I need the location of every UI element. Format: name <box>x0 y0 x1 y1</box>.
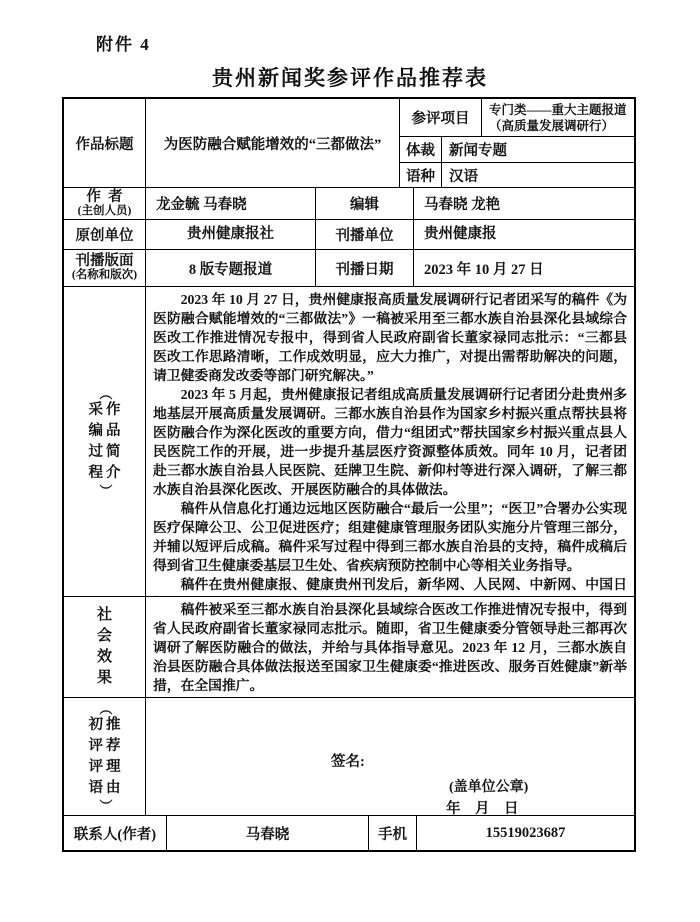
intro-section-label: （ 采作 编品 过简 程介 ） <box>64 287 146 596</box>
signature-area: 签名: (盖单位公章) 年 月 日 <box>146 698 634 815</box>
language-value: 汉语 <box>442 163 634 187</box>
genre-label: 体裁 <box>400 137 442 162</box>
phone-label: 手机 <box>369 816 417 850</box>
language-row: 语种 汉语 <box>400 163 634 187</box>
author-value: 龙金毓 马春晓 <box>146 188 316 219</box>
review-section-label: （ 初推 评荐 评理 语由 ） <box>64 698 146 815</box>
work-title-value: 为医防融合赋能增效的“三都做法” <box>146 99 400 187</box>
row-review: （ 初推 评荐 评理 语由 ） 签名: (盖单位公章) 年 月 日 <box>64 698 634 816</box>
author-sublabel: (主创人员) <box>78 205 132 218</box>
social-label-char: 果 <box>97 668 112 689</box>
review-label-row: 评理 <box>86 757 124 778</box>
social-effect-label: 社 会 效 果 <box>64 597 146 697</box>
intro-paren-open: （ <box>98 386 111 399</box>
row-origin-unit: 原创单位 贵州健康报社 刊播单位 贵州健康报 <box>64 220 634 250</box>
intro-content: 2023 年 10 月 27 日，贵州健康报高质量发展调研行记者团采写的稿件《为… <box>146 287 634 596</box>
intro-paragraph-1: 2023 年 10 月 27 日，贵州健康报高质量发展调研行记者团采写的稿件《为… <box>153 290 627 385</box>
social-effect-content: 稿件被采至三都水族自治县深化县域综合医改工作推进情况专报中，得到省人民政府副省长… <box>146 597 634 697</box>
review-label-row: 语由 <box>86 778 124 799</box>
origin-unit-label: 原创单位 <box>64 220 146 249</box>
work-title-label: 作品标题 <box>64 99 146 187</box>
intro-paragraph-3: 稿件从信息化打通边远地区医防融合“最后一公里”；“医卫”合署办公实现医疗保障公卫… <box>153 499 627 575</box>
review-label-row: 初推 <box>86 715 124 736</box>
publish-date-value: 2023 年 10 月 27 日 <box>414 250 634 286</box>
row-social-effect: 社 会 效 果 稿件被采至三都水族自治县深化县域综合医改工作推进情况专报中，得到… <box>64 597 634 698</box>
row-author: 作 者 (主创人员) 龙金毓 马春晓 编辑 马春晓 龙艳 <box>64 188 634 220</box>
document-page: 附件 4 贵州新闻奖参评作品推荐表 作品标题 为医防融合赋能增效的“三都做法” … <box>0 0 700 922</box>
recommendation-form-table: 作品标题 为医防融合赋能增效的“三都做法” 参评项目 专门类——重大主题报道 （… <box>62 97 636 852</box>
date-placeholder: 年 月 日 <box>446 797 519 815</box>
layout-sublabel: (名称和版次) <box>72 269 137 282</box>
row-layout: 刊播版面 (名称和版次) 8 版专题报道 刊播日期 2023 年 10 月 27… <box>64 250 634 287</box>
publish-date-label: 刊播日期 <box>316 250 414 286</box>
intro-paragraph-4: 稿件在贵州健康报、健康贵州刊发后，新华网、人民网、中新网、中国日报网等多家媒体转… <box>153 575 627 596</box>
social-label-char: 社 <box>97 605 112 626</box>
intro-label-row: 过简 <box>86 442 124 463</box>
intro-paren-close: ） <box>98 483 111 496</box>
social-label-char: 效 <box>97 647 112 668</box>
review-paren-close: ） <box>98 798 111 811</box>
attachment-label: 附件 4 <box>96 30 151 55</box>
entry-category-label: 参评项目 <box>400 99 482 136</box>
intro-label-row: 程介 <box>86 463 124 484</box>
layout-value: 8 版专题报道 <box>146 250 316 286</box>
category-block: 参评项目 专门类——重大主题报道 （高质量发展调研行） 体裁 新闻专题 语种 汉… <box>400 99 634 187</box>
entry-category-row: 参评项目 专门类——重大主题报道 （高质量发展调研行） <box>400 99 634 137</box>
review-paren-open: （ <box>98 701 111 714</box>
author-label: 作 者 <box>86 190 122 205</box>
social-effect-paragraph: 稿件被采至三都水族自治县深化县域综合医改工作推进情况专报中，得到省人民政府副省长… <box>153 600 627 695</box>
row-work-title: 作品标题 为医防融合赋能增效的“三都做法” 参评项目 专门类——重大主题报道 （… <box>64 99 634 188</box>
editor-value: 马春晓 龙艳 <box>414 188 634 219</box>
phone-value: 15519023687 <box>417 816 634 850</box>
doc-title: 贵州新闻奖参评作品推荐表 <box>0 62 700 92</box>
intro-label-row: 采作 <box>86 400 124 421</box>
contact-value: 马春晓 <box>167 816 369 850</box>
entry-category-value: 专门类——重大主题报道 （高质量发展调研行） <box>482 99 634 136</box>
publish-unit-label: 刊播单位 <box>316 220 414 249</box>
contact-label: 联系人(作者) <box>64 816 167 850</box>
seal-label: (盖单位公章) <box>449 776 528 796</box>
row-intro: （ 采作 编品 过简 程介 ） 2023 年 10 月 27 日，贵州健康报高质… <box>64 287 634 597</box>
signature-label: 签名: <box>331 750 365 771</box>
language-label: 语种 <box>400 163 442 187</box>
editor-label: 编辑 <box>316 188 414 219</box>
social-label-char: 会 <box>97 626 112 647</box>
layout-label-cell: 刊播版面 (名称和版次) <box>64 250 146 286</box>
review-label-row: 评荐 <box>86 736 124 757</box>
genre-value: 新闻专题 <box>442 137 634 162</box>
intro-paragraph-2: 2023 年 5 月起，贵州健康报记者组成高质量发展调研行记者团分赴贵州多地基层… <box>153 385 627 499</box>
row-contact: 联系人(作者) 马春晓 手机 15519023687 <box>64 816 634 850</box>
layout-label: 刊播版面 <box>76 254 134 269</box>
genre-row: 体裁 新闻专题 <box>400 137 634 163</box>
intro-label-row: 编品 <box>86 421 124 442</box>
author-label-cell: 作 者 (主创人员) <box>64 188 146 219</box>
origin-unit-value: 贵州健康报社 <box>146 220 316 249</box>
publish-unit-value: 贵州健康报 <box>414 220 634 249</box>
